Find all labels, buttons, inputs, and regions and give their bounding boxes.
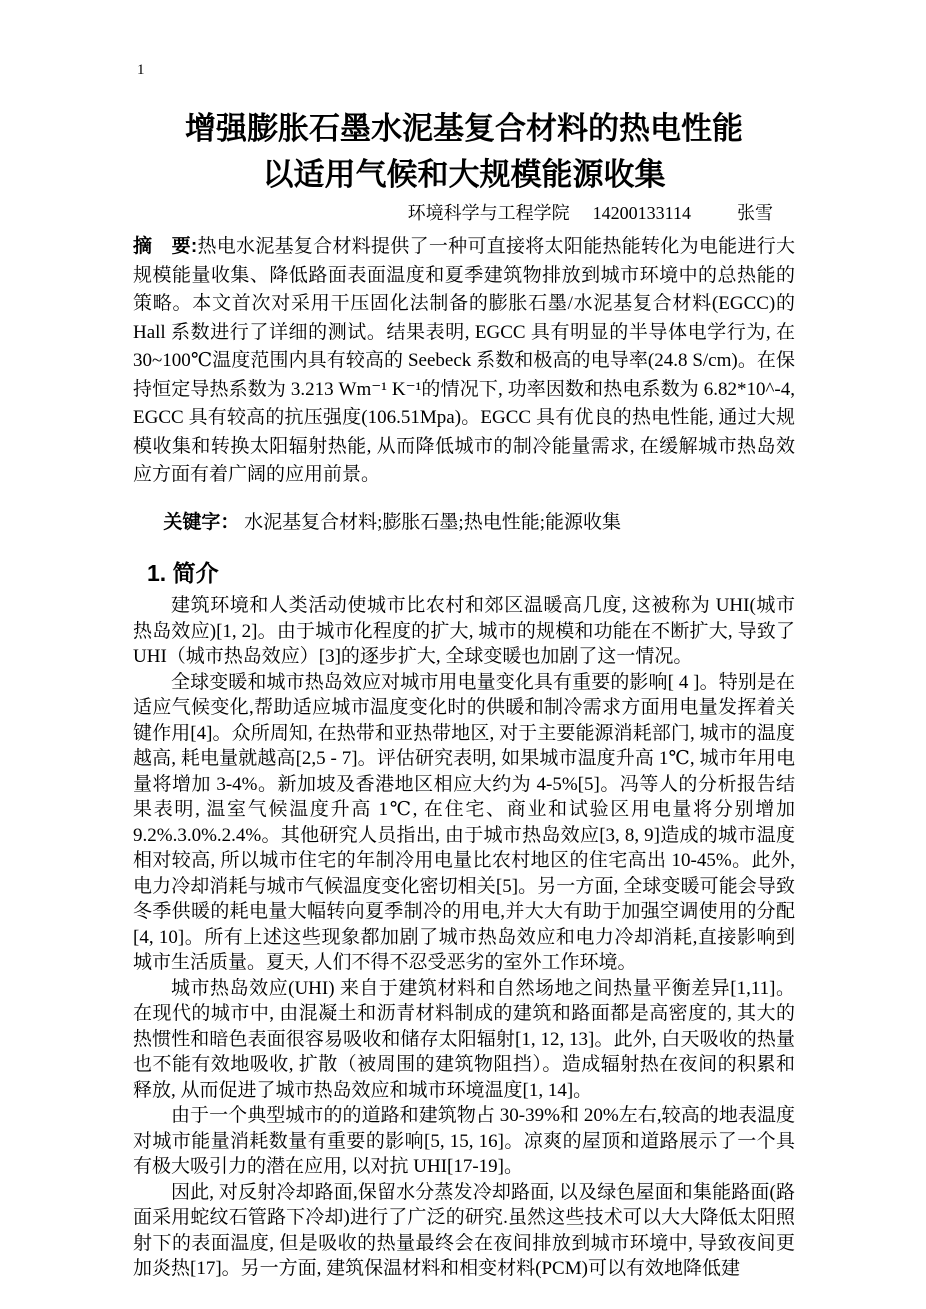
student-id: 14200133114 [593,201,691,225]
keywords-line: 关键字： 水泥基复合材料;膨胀石墨;热电性能;能源收集 [133,509,795,538]
keywords-label: 关键字： [163,512,239,533]
abstract-label: 摘 要: [133,236,197,257]
author-name: 张雪 [737,201,773,225]
abstract-text: 热电水泥基复合材料提供了一种可直接将太阳能热能转化为电能进行大规模能量收集、降低… [133,236,795,485]
document-page: 1 增强膨胀石墨水泥基复合材料的热电性能 以适用气候和大规模能源收集 环境科学与… [0,0,926,1309]
intro-paragraph-4: 由于一个典型城市的的道路和建筑物占 30-39%和 20%左右,较高的地表温度对… [133,1103,795,1180]
byline: 环境科学与工程学院 14200133114 张雪 [133,201,795,225]
paper-title: 增强膨胀石墨水泥基复合材料的热电性能 以适用气候和大规模能源收集 [133,106,795,198]
page-content: 增强膨胀石墨水泥基复合材料的热电性能 以适用气候和大规模能源收集 环境科学与工程… [133,0,795,1282]
intro-paragraph-1: 建筑环境和人类活动使城市比农村和郊区温暖高几度, 这被称为 UHI(城市热岛效应… [133,593,795,670]
abstract-paragraph: 摘 要:热电水泥基复合材料提供了一种可直接将太阳能热能转化为电能进行大规模能量收… [133,233,795,490]
section-heading-introduction: 1. 简介 [147,559,795,587]
paper-title-line-2: 以适用气候和大规模能源收集 [133,152,795,198]
paper-title-line-1: 增强膨胀石墨水泥基复合材料的热电性能 [133,106,795,152]
intro-paragraph-5: 因此, 对反射冷却路面,保留水分蒸发冷却路面, 以及绿色屋面和集能路面(路面采用… [133,1180,795,1282]
intro-paragraph-2: 全球变暖和城市热岛效应对城市用电量变化具有重要的影响[ 4 ]。特别是在适应气候… [133,670,795,976]
keywords-text: 水泥基复合材料;膨胀石墨;热电性能;能源收集 [244,512,621,533]
affiliation: 环境科学与工程学院 [408,201,570,225]
intro-paragraph-3: 城市热岛效应(UHI) 来自于建筑材料和自然场地之间热量平衡差异[1,11]。在… [133,976,795,1104]
